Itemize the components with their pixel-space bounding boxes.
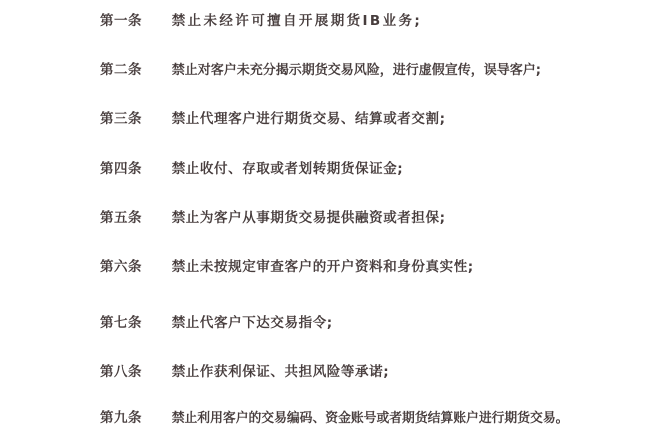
article-row: 第二条 禁止对客户未充分揭示期货交易风险，进行虚假宣传，误导客户; <box>100 63 541 78</box>
article-number: 第一条 <box>100 14 167 29</box>
article-text: 禁止对客户未充分揭示期货交易风险，进行虚假宣传，误导客户; <box>172 63 541 78</box>
article-text: 禁止为客户从事期货交易提供融资或者担保; <box>172 210 446 226</box>
article-row: 第五条 禁止为客户从事期货交易提供融资或者担保; <box>100 211 446 226</box>
article-row: 第八条 禁止作获利保证、共担风险等承诺; <box>100 365 389 380</box>
article-number: 第八条 <box>100 365 167 380</box>
article-text: 禁止未按规定审查客户的开户资料和身份真实性; <box>172 259 474 275</box>
article-number: 第七条 <box>100 316 167 331</box>
article-row: 第四条 禁止收付、存取或者划转期货保证金; <box>100 162 403 177</box>
article-row: 第六条 禁止未按规定审查客户的开户资料和身份真实性; <box>100 260 474 275</box>
article-row: 第七条 禁止代客户下达交易指令; <box>100 316 333 331</box>
article-text: 禁止代客户下达交易指令; <box>172 315 333 331</box>
article-row: 第三条 禁止代理客户进行期货交易、结算或者交割; <box>100 112 446 127</box>
article-text: 禁止作获利保证、共担风险等承诺; <box>172 364 390 380</box>
article-number: 第六条 <box>100 260 167 275</box>
article-number: 第二条 <box>100 63 167 78</box>
document-body: 第一条 禁止未经许可擅自开展期货IB业务; 第二条 禁止对客户未充分揭示期货交易… <box>0 0 647 441</box>
article-number: 第五条 <box>100 211 167 226</box>
article-row: 第九条 禁止利用客户的交易编码、资金账号或者期货结算账户进行期货交易。 <box>100 411 568 426</box>
article-text: 禁止收付、存取或者划转期货保证金; <box>172 161 404 177</box>
article-text: 禁止利用客户的交易编码、资金账号或者期货结算账户进行期货交易。 <box>172 411 569 426</box>
article-number: 第四条 <box>100 162 167 177</box>
article-number: 第三条 <box>100 112 167 127</box>
article-text: 禁止未经许可擅自开展期货IB业务; <box>172 13 423 29</box>
article-text: 禁止代理客户进行期货交易、结算或者交割; <box>172 111 446 127</box>
article-number: 第九条 <box>100 411 167 426</box>
document-page: 第一条 禁止未经许可擅自开展期货IB业务; 第二条 禁止对客户未充分揭示期货交易… <box>0 0 647 441</box>
article-row: 第一条 禁止未经许可擅自开展期货IB业务; <box>100 14 422 29</box>
